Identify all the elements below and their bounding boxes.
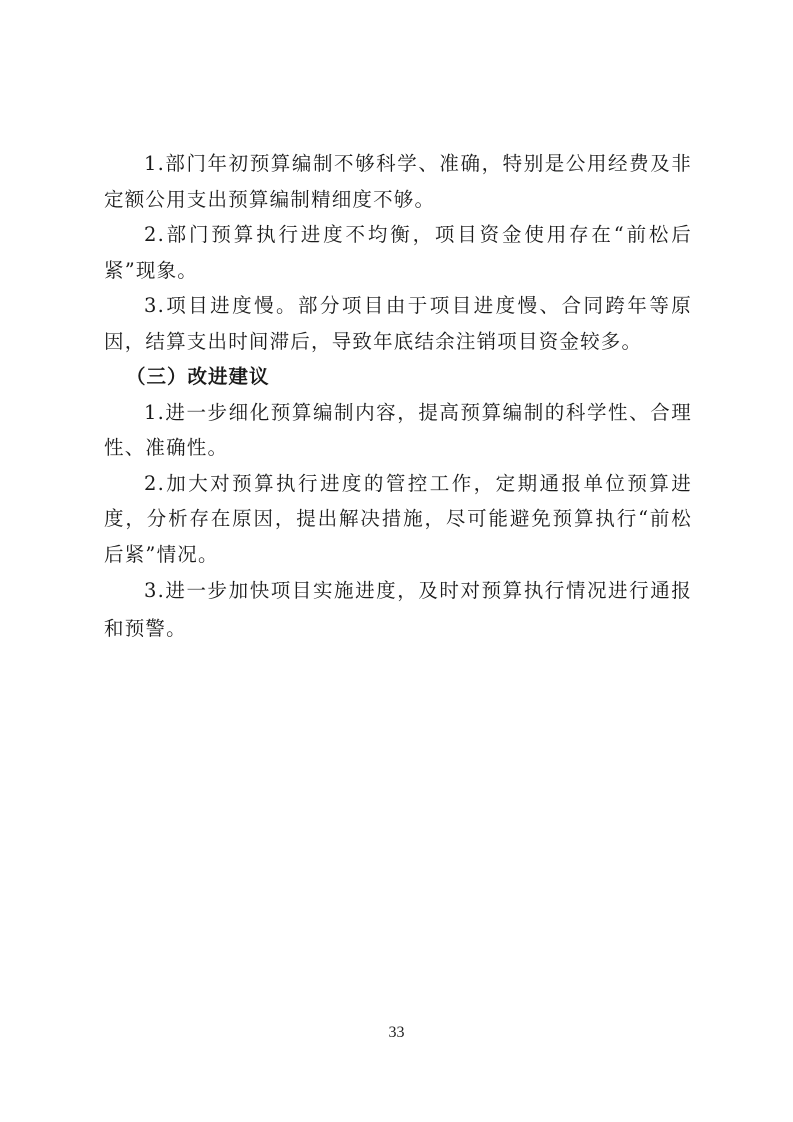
problem-text: 部门年初预算编制不够科学、准确，特别是公用经费及非定额公用支出预算编制精细度不够… [104, 152, 692, 211]
suggestion-number: 3. [144, 579, 165, 602]
suggestion-number: 2. [144, 472, 165, 495]
problem-text: 项目进度慢。部分项目由于项目进度慢、合同跨年等原因，结算支出时间滞后，导致年底结… [104, 294, 692, 353]
suggestion-text: 进一步加快项目实施进度，及时对预算执行情况进行通报和预警。 [104, 579, 692, 640]
suggestion-text: 加大对预算执行进度的管控工作，定期通报单位预算进度，分析存在原因，提出解决措施，… [104, 472, 692, 566]
document-page: 1.部门年初预算编制不够科学、准确，特别是公用经费及非定额公用支出预算编制精细度… [0, 0, 793, 1122]
problem-paragraph-1: 1.部门年初预算编制不够科学、准确，特别是公用经费及非定额公用支出预算编制精细度… [104, 146, 692, 217]
suggestion-number: 1. [144, 401, 165, 424]
problem-paragraph-3: 3.项目进度慢。部分项目由于项目进度慢、合同跨年等原因，结算支出时间滞后，导致年… [104, 288, 692, 359]
suggestion-paragraph-1: 1.进一步细化预算编制内容，提高预算编制的科学性、合理性、准确性。 [104, 395, 692, 466]
suggestion-paragraph-3: 3.进一步加快项目实施进度，及时对预算执行情况进行通报和预警。 [104, 572, 692, 648]
problem-number: 2. [144, 223, 165, 246]
suggestion-text: 进一步细化预算编制内容，提高预算编制的科学性、合理性、准确性。 [104, 401, 692, 460]
problem-paragraph-2: 2.部门预算执行进度不均衡，项目资金使用存在“前松后紧”现象。 [104, 217, 692, 288]
problem-text: 部门预算执行进度不均衡，项目资金使用存在“前松后紧”现象。 [104, 223, 692, 282]
problem-number: 3. [144, 294, 165, 317]
document-body: 1.部门年初预算编制不够科学、准确，特别是公用经费及非定额公用支出预算编制精细度… [104, 146, 692, 648]
page-number: 33 [0, 1024, 793, 1042]
problem-number: 1. [144, 152, 165, 175]
section-heading: （三）改进建议 [104, 359, 692, 395]
suggestion-paragraph-2: 2.加大对预算执行进度的管控工作，定期通报单位预算进度，分析存在原因，提出解决措… [104, 466, 692, 573]
